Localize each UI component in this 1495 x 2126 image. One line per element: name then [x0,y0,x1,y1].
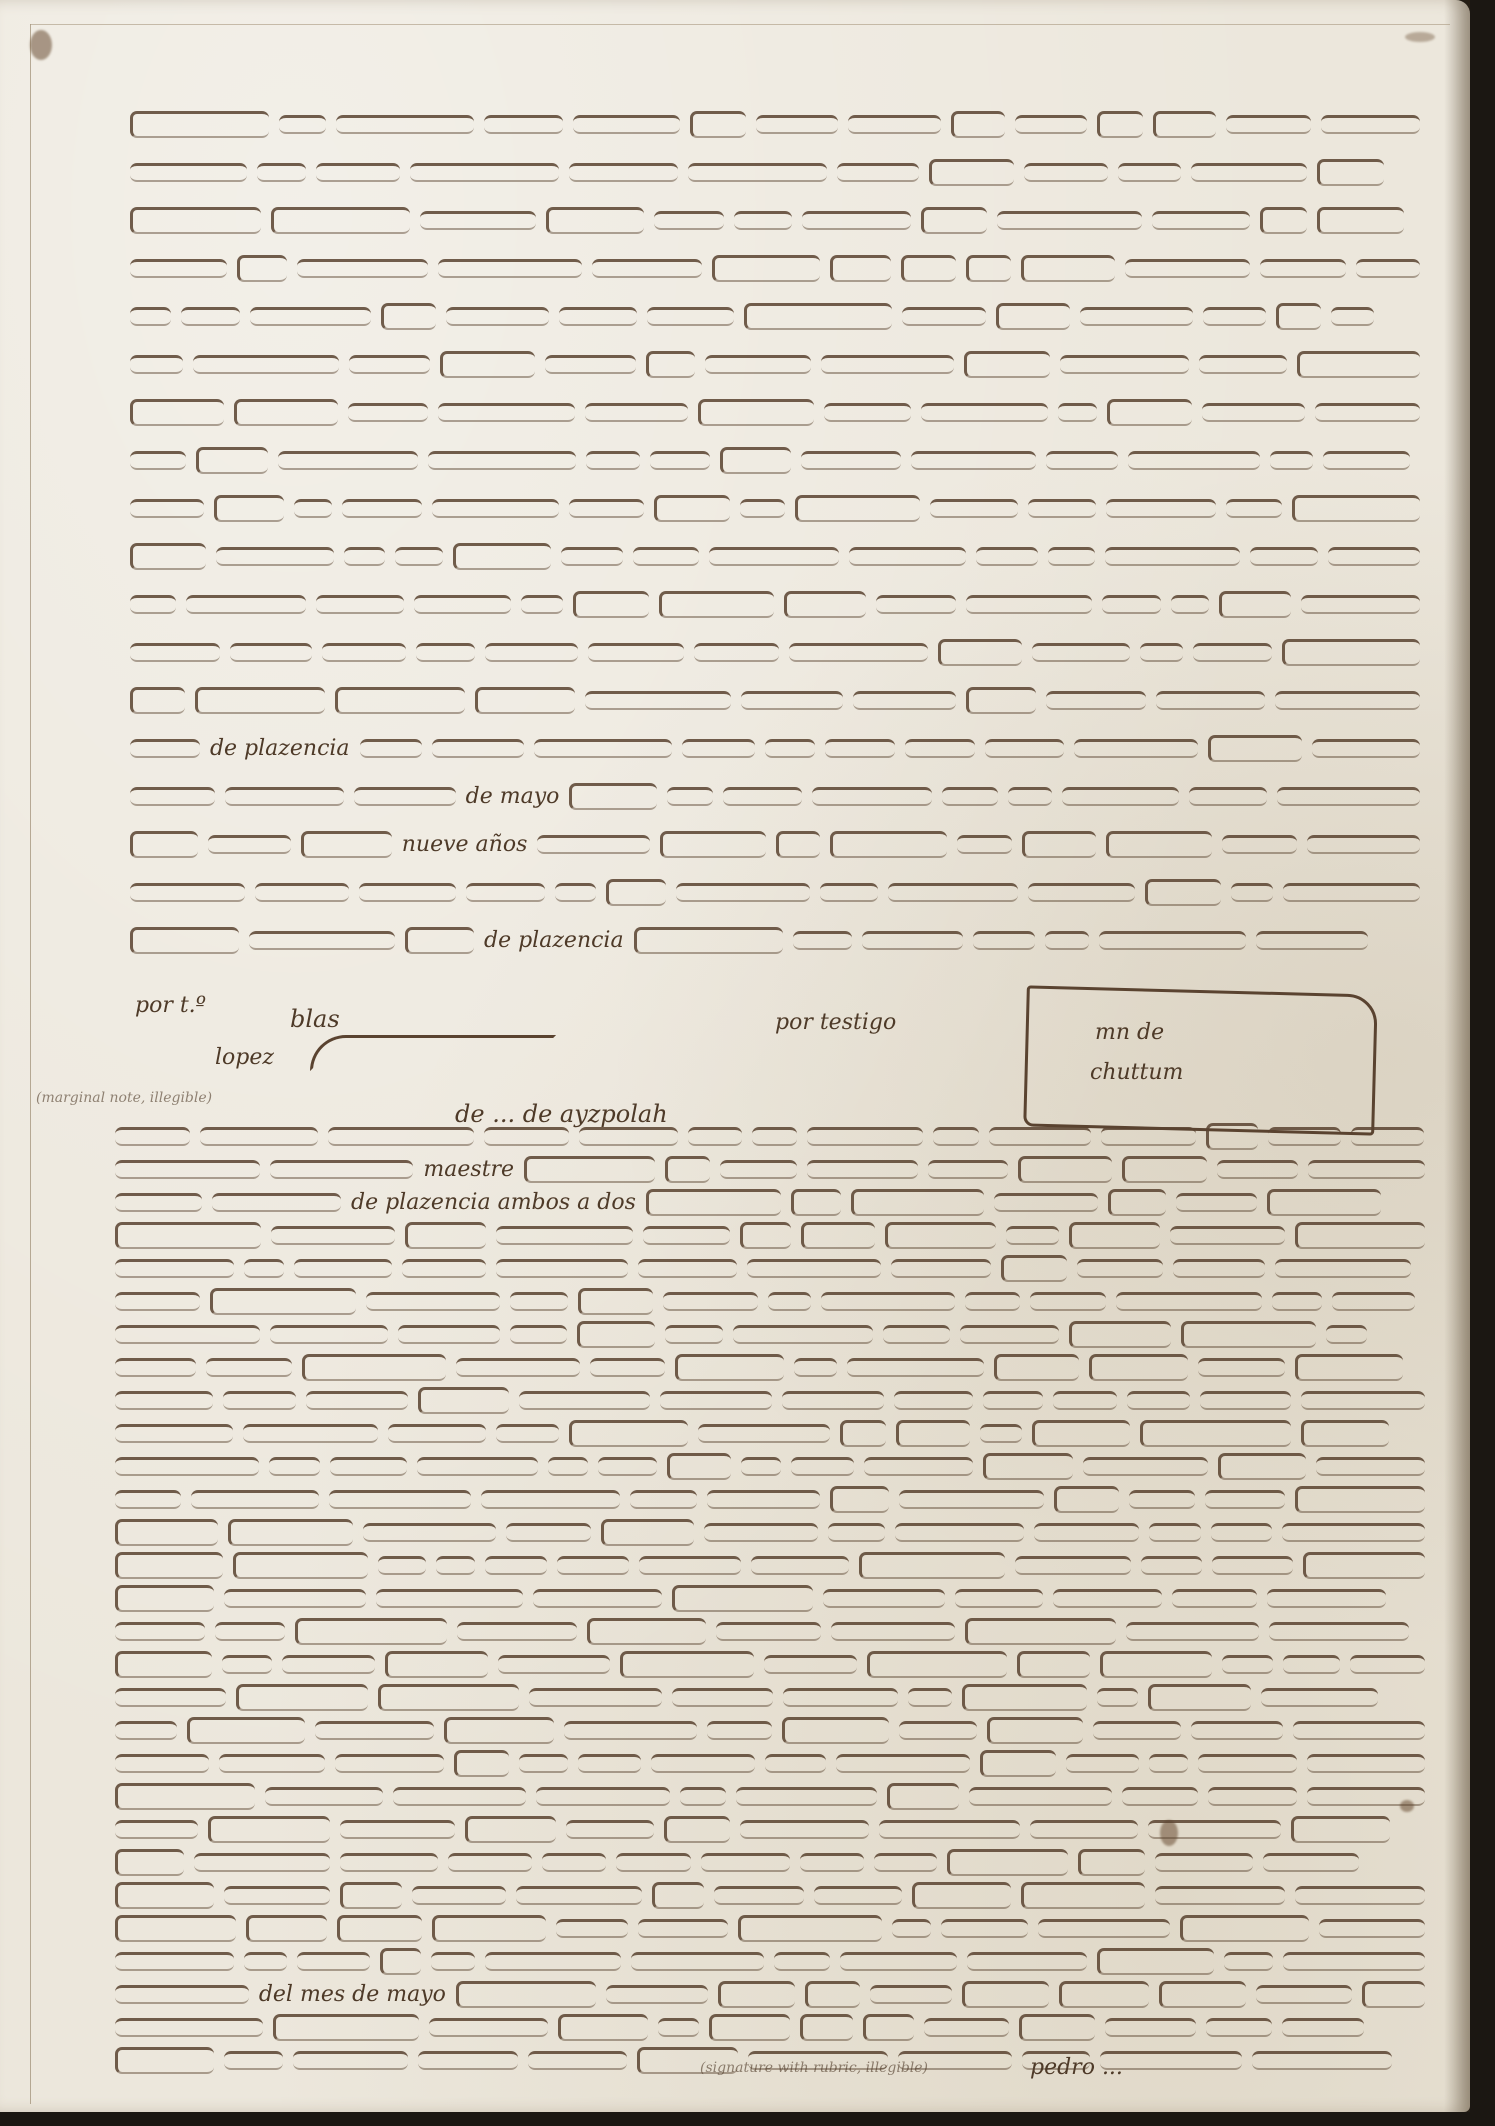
handwritten-word [234,399,338,426]
handwritten-word [705,355,811,374]
handwritten-word [208,835,291,854]
handwritten-word [537,835,649,854]
handwritten-word [115,1325,260,1344]
handwritten-word [825,739,895,758]
handwritten-word [529,1688,662,1707]
handwritten-word [1267,1589,1386,1608]
handwritten-word [800,1853,864,1872]
handwritten-word [418,1387,509,1414]
handwritten-word [586,451,640,470]
handwritten-word [1097,111,1143,138]
handwritten-word [302,1354,446,1381]
handwritten-word [997,211,1142,230]
handwritten-word [1122,1787,1198,1806]
handwritten-word [237,255,287,282]
handwritten-word [830,255,891,282]
handwritten-word [1202,403,1305,422]
handwritten-word [1270,451,1313,470]
manuscript-line [130,292,1420,340]
handwritten-word [1093,1721,1181,1740]
handwritten-word [712,255,820,282]
handwritten-word [278,451,418,470]
handwritten-word [1205,1490,1285,1509]
handwritten-word [1217,1160,1299,1179]
handwritten-word [1028,883,1135,902]
handwritten-word [115,1193,202,1212]
handwritten-word [381,303,436,330]
handwritten-word [528,2051,627,2070]
witness-label-right: por testigo [775,1010,896,1035]
handwritten-word [643,1226,730,1245]
handwritten-word [1331,307,1374,326]
handwritten-word [1282,2018,1364,2037]
handwritten-word [578,1288,653,1315]
handwritten-word [1008,787,1053,806]
handwritten-word [1332,1292,1415,1311]
handwritten-word [1170,1226,1285,1245]
handwritten-word [1282,639,1420,666]
handwritten-word [195,687,325,714]
handwritten-word [601,1519,694,1546]
ink-stain [1405,32,1435,42]
handwritten-word [1206,1123,1258,1150]
handwritten-word [1321,115,1420,134]
handwritten-word [585,403,688,422]
handwritten-word [519,1754,568,1773]
handwritten-word [1106,831,1212,858]
handwritten-word [1317,207,1404,234]
legible-fragment: de plazencia ambos a dos [351,1190,636,1215]
handwritten-word [244,1952,287,1971]
handwritten-word [360,739,422,758]
handwritten-word [1046,691,1146,710]
handwritten-word [764,1655,857,1674]
handwritten-word [901,255,956,282]
handwritten-word [536,1787,670,1806]
handwritten-word [210,1288,356,1315]
manuscript-line: de plazencia ambos a dos [115,1186,1425,1219]
handwritten-word [1260,207,1307,234]
handwritten-word [933,1127,979,1146]
handwritten-word [1129,1490,1195,1509]
handwritten-word [1101,1127,1196,1146]
handwritten-word [115,1222,261,1249]
handwritten-word [224,1886,330,1905]
handwritten-word [1180,1915,1310,1942]
handwritten-word [130,927,239,954]
handwritten-word [784,591,867,618]
handwritten-word [821,355,954,374]
handwritten-word [1277,787,1420,806]
handwritten-word [994,1354,1079,1381]
handwritten-word [301,831,392,858]
handwritten-word [989,1127,1091,1146]
handwritten-word [1252,2051,1392,2070]
handwritten-word [115,1783,255,1810]
handwritten-word [1153,111,1216,138]
handwritten-word [429,2018,548,2037]
manuscript-line [130,196,1420,244]
handwritten-word [432,499,558,518]
handwritten-word [694,643,779,662]
handwritten-word [223,1391,295,1410]
handwritten-word [1077,1259,1163,1278]
handwritten-word [830,831,947,858]
handwritten-word [405,1222,486,1249]
handwritten-word [1097,1948,1214,1975]
handwritten-word [1034,1523,1139,1542]
handwritten-word [896,1420,970,1447]
handwritten-word [395,547,442,566]
handwritten-word [1301,1420,1389,1447]
bottom-signature-right: pedro ... [1030,2055,1123,2080]
handwritten-word [965,1618,1116,1645]
handwritten-word [1054,1486,1119,1513]
handwritten-word [349,355,430,374]
top-margin-rule [30,24,1450,25]
handwritten-word [966,687,1036,714]
handwritten-word [194,1853,330,1872]
handwritten-word [1156,691,1265,710]
handwritten-word [928,1160,1008,1179]
handwritten-word [1206,2018,1272,2037]
handwritten-word [200,1127,318,1146]
handwritten-word [973,931,1035,950]
handwritten-word [680,1787,726,1806]
handwritten-word [701,1853,790,1872]
handwritten-word [431,1952,475,1971]
handwritten-word [534,739,672,758]
handwritten-word [115,1519,218,1546]
handwritten-word [1069,1321,1171,1348]
handwritten-word [795,495,920,522]
manuscript-line [115,1384,1425,1417]
handwritten-word [794,1358,837,1377]
handwritten-word [1292,495,1420,522]
handwritten-word [233,1552,368,1579]
handwritten-word [1263,1853,1359,1872]
handwritten-word [983,1453,1073,1480]
manuscript-line [115,1912,1425,1945]
handwritten-word [328,1127,474,1146]
handwritten-word [255,883,349,902]
handwritten-word [115,1688,226,1707]
handwritten-word [1173,1259,1265,1278]
handwritten-word [638,1259,737,1278]
handwritten-word [983,1391,1043,1410]
handwritten-word [246,1915,327,1942]
handwritten-word [420,211,536,230]
handwritten-word [244,1259,284,1278]
handwritten-word [521,595,563,614]
handwritten-word [225,787,344,806]
handwritten-word [709,547,839,566]
handwritten-word [1145,879,1222,906]
handwritten-word [1032,1420,1130,1447]
handwritten-word [1015,115,1087,134]
handwritten-word [410,163,559,182]
handwritten-word [1282,1523,1425,1542]
handwritten-word [947,1849,1068,1876]
handwritten-word [929,159,1014,186]
handwritten-word [130,307,171,326]
handwritten-word [224,2051,283,2070]
handwritten-word [738,1915,881,1942]
handwritten-word [376,1589,523,1608]
handwritten-word [510,1325,567,1344]
handwritten-word [801,451,901,470]
handwritten-word [115,1882,214,1909]
handwritten-word [848,115,941,134]
handwritten-word [814,1886,901,1905]
handwritten-word [130,687,185,714]
handwritten-word [840,1952,957,1971]
handwritten-word [579,1127,678,1146]
handwritten-word [659,591,774,618]
handwritten-word [899,1490,1044,1509]
handwritten-word [862,931,963,950]
boxed-signature [1023,985,1378,1135]
handwritten-word [414,595,511,614]
manuscript-line [115,1747,1425,1780]
manuscript-line [115,2011,1425,2044]
handwritten-word [186,595,306,614]
handwritten-word [388,1424,486,1443]
handwritten-word [385,1651,488,1678]
handwritten-word [130,259,227,278]
legible-fragment: de mayo [466,784,560,809]
handwritten-word [115,1721,177,1740]
handwritten-word [130,355,183,374]
handwritten-word [269,1457,320,1476]
lower-text-block: maestrede plazencia ambos a dosdel mes d… [115,1120,1425,2077]
handwritten-word [1015,1556,1132,1575]
handwritten-word [885,1222,995,1249]
handwritten-word [1356,259,1420,278]
manuscript-line [130,580,1420,628]
handwritten-word [1021,1882,1145,1909]
handwritten-word [1108,1189,1166,1216]
manuscript-line [115,1615,1425,1648]
handwritten-word [446,307,549,326]
handwritten-word [315,1721,434,1740]
handwritten-word [812,787,931,806]
handwritten-word [475,687,575,714]
handwritten-word [741,1457,781,1476]
handwritten-word [1208,735,1302,762]
handwritten-word [336,115,474,134]
handwritten-word [646,1189,781,1216]
handwritten-word [115,1424,233,1443]
handwritten-word [638,1919,729,1938]
handwritten-word [214,495,283,522]
handwritten-word [1105,547,1240,566]
handwritten-word [776,831,819,858]
handwritten-word [297,259,428,278]
handwritten-word [559,307,637,326]
handwritten-word [620,1651,754,1678]
handwritten-word [663,1292,758,1311]
handwritten-word [1024,163,1108,182]
manuscript-line: maestre [115,1153,1425,1186]
handwritten-word [652,1882,704,1909]
manuscript-line [115,1648,1425,1681]
handwritten-word [651,1754,755,1773]
handwritten-word [616,1853,691,1872]
handwritten-word [1089,1354,1188,1381]
handwritten-word [704,1523,818,1542]
handwritten-word [191,1490,319,1509]
handwritten-word [647,307,734,326]
handwritten-word [667,1453,732,1480]
handwritten-word [342,499,422,518]
handwritten-word [905,739,975,758]
handwritten-word [1128,451,1260,470]
handwritten-word [340,1853,438,1872]
handwritten-word [1018,1156,1112,1183]
handwritten-word [606,1985,708,2004]
handwritten-word [335,687,465,714]
handwritten-word [736,1787,878,1806]
handwritten-word [212,1193,341,1212]
handwritten-word [340,1820,455,1839]
handwritten-word [569,783,657,810]
handwritten-word [496,1424,559,1443]
handwritten-word [1308,1160,1425,1179]
handwritten-word [967,1952,1087,1971]
handwritten-word [1022,831,1096,858]
handwritten-word [569,499,644,518]
handwritten-word [630,1490,696,1509]
handwritten-word [716,1622,821,1641]
handwritten-word [1256,931,1368,950]
handwritten-word [564,1721,697,1740]
handwritten-word [1149,1754,1188,1773]
handwritten-word [496,1259,628,1278]
handwritten-word [741,691,843,710]
handwritten-word [115,1754,209,1773]
handwritten-word [960,1325,1059,1344]
handwritten-word [279,115,326,134]
handwritten-word [1074,739,1198,758]
handwritten-word [1155,1853,1253,1872]
handwritten-word [330,1457,407,1476]
handwritten-word [951,111,1005,138]
handwritten-word [996,303,1070,330]
handwritten-word [783,1688,898,1707]
handwritten-word [485,643,579,662]
handwritten-word [863,2014,914,2041]
handwritten-word [216,547,334,566]
handwritten-word [1260,259,1346,278]
handwritten-word [524,1156,655,1183]
handwritten-word [1058,403,1097,422]
handwritten-word [994,1193,1098,1212]
handwritten-word [807,1160,919,1179]
handwritten-word [337,1915,422,1942]
handwritten-word [130,451,186,470]
legible-fragment: maestre [423,1157,514,1182]
handwritten-word [405,927,474,954]
handwritten-word [793,931,852,950]
manuscript-line [115,1813,1425,1846]
handwritten-word [1301,1391,1425,1410]
handwritten-word [1045,931,1089,950]
handwritten-word [1097,1688,1138,1707]
handwritten-word [660,831,767,858]
legible-fragment: de plazencia [484,928,624,953]
manuscript-line [130,628,1420,676]
handwritten-word [1118,163,1181,182]
handwritten-word [588,643,684,662]
handwritten-word [457,1622,577,1641]
handwritten-word [354,787,456,806]
handwritten-word [634,927,783,954]
handwritten-word [344,547,385,566]
handwritten-word [592,259,702,278]
handwritten-word [891,1259,991,1278]
handwritten-word [561,547,623,566]
handwritten-word [542,1853,606,1872]
handwritten-word [876,595,956,614]
handwritten-word [196,447,268,474]
handwritten-word [720,1160,797,1179]
manuscript-line [130,244,1420,292]
handwritten-word [650,451,710,470]
handwritten-word [115,1820,198,1839]
handwritten-word [1328,547,1420,566]
handwritten-word [791,1189,841,1216]
handwritten-word [219,1754,325,1773]
handwritten-word [899,1721,976,1740]
handwritten-word [1038,1919,1169,1938]
handwritten-word [740,1222,791,1249]
handwritten-word [322,643,406,662]
manuscript-line [130,532,1420,580]
handwritten-word [1030,1292,1106,1311]
handwritten-word [892,1919,932,1938]
handwritten-word [883,1325,950,1344]
handwritten-word [115,1915,236,1942]
handwritten-word [1053,1589,1162,1608]
manuscript-line [130,868,1420,916]
handwritten-word [293,2051,408,2070]
handwritten-word [782,1391,883,1410]
handwritten-word [1062,787,1178,806]
handwritten-word [1226,115,1311,134]
handwritten-word [115,1651,212,1678]
handwritten-word [941,1919,1028,1938]
handwritten-word [428,451,576,470]
handwritten-word [682,739,755,758]
handwritten-word [1326,1325,1367,1344]
manuscript-line [115,1450,1425,1483]
handwritten-word [1100,1651,1212,1678]
handwritten-word [751,1556,848,1575]
handwritten-word [821,1292,955,1311]
handwritten-word [306,1391,408,1410]
handwritten-word [115,1552,223,1579]
handwritten-word [273,2014,419,2041]
handwritten-word [1283,1655,1340,1674]
handwritten-word [294,1259,392,1278]
handwritten-word [859,1552,1005,1579]
handwritten-word [836,1754,970,1773]
handwritten-word [115,1358,196,1377]
handwritten-word [744,303,892,330]
handwritten-word [577,1321,655,1348]
handwritten-word [688,1127,742,1146]
